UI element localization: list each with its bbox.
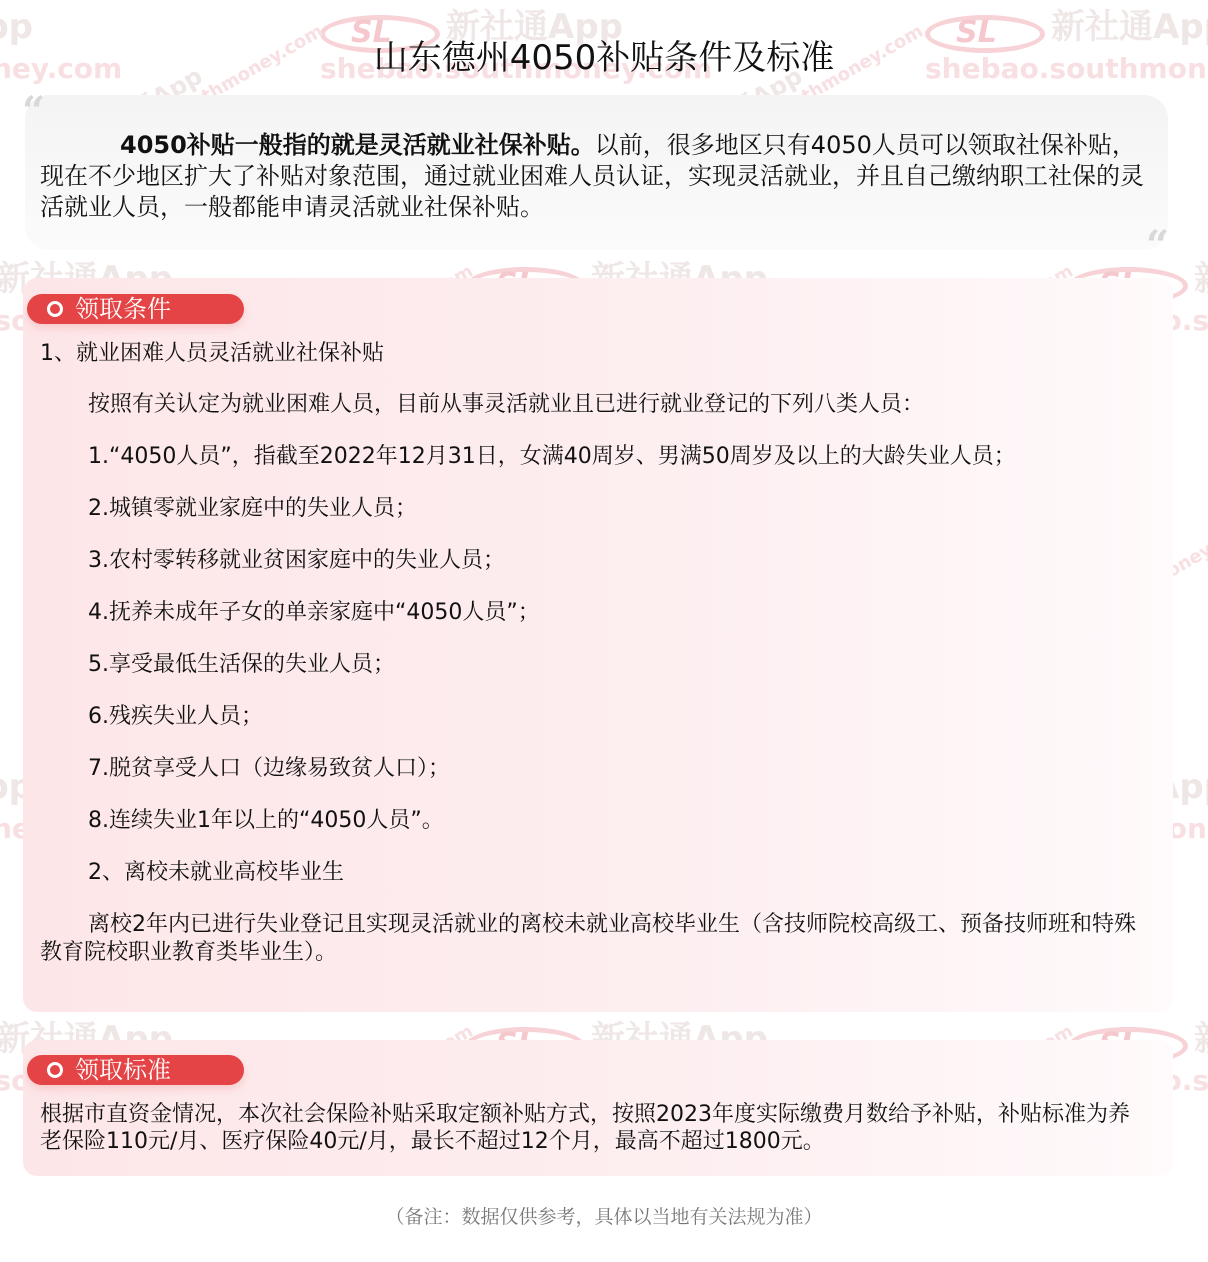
- section-pill-label: 领取条件: [75, 294, 171, 324]
- condition-item: 7.脱贫享受人口（边缘易致贫人口）；: [88, 755, 450, 783]
- intro-text: 4050补贴一般指的就是灵活就业社保补贴。以前，很多地区只有4050人员可以领取…: [40, 130, 1150, 223]
- condition-item: 6.残疾失业人员；: [88, 703, 263, 731]
- conditions-graduate-note: 离校2年内已进行失业登记且实现灵活就业的离校未就业高校毕业生（含技师院校高级工、…: [40, 911, 1150, 967]
- footnote: （备注：数据仅供参考，具体以当地有关法规为准）: [0, 1202, 1208, 1229]
- quote-open-icon: “: [22, 88, 45, 135]
- conditions-intro-line: 按照有关认定为就业困难人员，目前从事灵活就业且已进行就业登记的下列八类人员：: [88, 391, 924, 419]
- conditions-heading-1: 1、就业困难人员灵活就业社保补贴: [40, 340, 384, 368]
- quote-close-icon: “: [1146, 222, 1169, 269]
- condition-item: 4.抚养未成年子女的单亲家庭中“4050人员”；: [88, 599, 540, 627]
- section-pill-conditions: 领取条件: [27, 294, 244, 324]
- conditions-card: [23, 278, 1173, 1012]
- conditions-heading-2: 2、离校未就业高校毕业生: [88, 859, 344, 887]
- page-title: 山东德州4050补贴条件及标准: [0, 30, 1208, 79]
- section-pill-standards: 领取标准: [27, 1055, 244, 1085]
- intro-bold-lead: 4050补贴一般指的就是灵活就业社保补贴。: [120, 131, 595, 159]
- condition-item: 2.城镇零就业家庭中的失业人员；: [88, 495, 417, 523]
- condition-item: 1.“4050人员”，指截至2022年12月31日，女满40周岁、男满50周岁及…: [88, 443, 1016, 471]
- section-pill-label: 领取标准: [75, 1055, 171, 1085]
- circle-icon: [47, 1062, 63, 1078]
- condition-item: 5.享受最低生活保的失业人员；: [88, 651, 395, 679]
- standards-text: 根据市直资金情况，本次社会保险补贴采取定额补贴方式，按照2023年度实际缴费月数…: [40, 1101, 1150, 1155]
- circle-icon: [47, 301, 63, 317]
- condition-item: 3.农村零转移就业贫困家庭中的失业人员；: [88, 547, 505, 575]
- condition-item: 8.连续失业1年以上的“4050人员”。: [88, 807, 444, 835]
